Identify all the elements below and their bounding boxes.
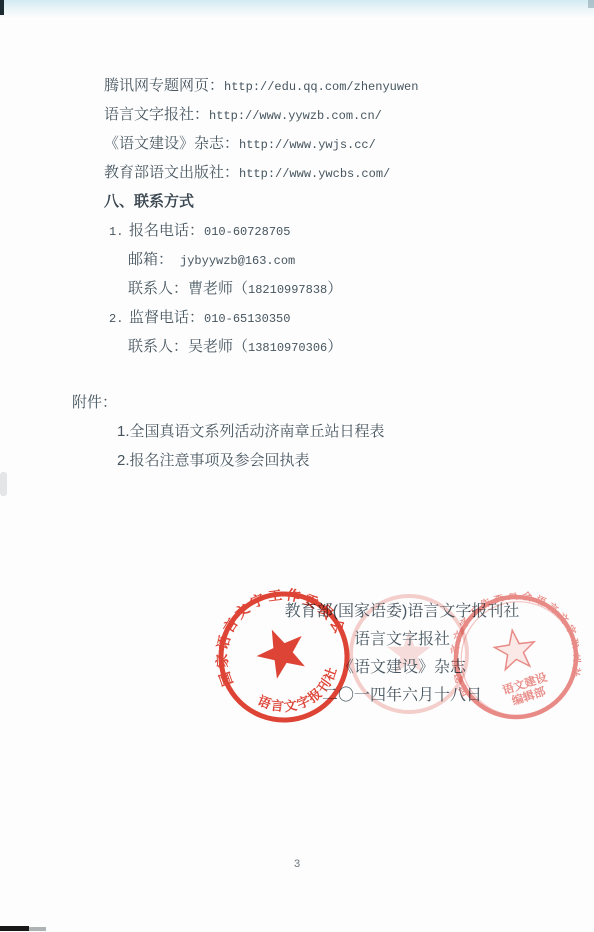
contact-label-suffix: ） [327,280,342,297]
website-label: 教育部语文出版社： [104,164,239,181]
email-address: jybyywzb@163.com [180,254,295,268]
contact-person-line: 联系人：曹老师（18210997838） [104,274,418,303]
scanned-document-page: 腾讯网专题网页：http://edu.qq.com/zhenyuwen 语言文字… [0,0,594,932]
attachments-heading: 附件： [72,388,385,417]
website-label: 《语文建设》杂志： [104,135,239,152]
phone-number: 13810970306 [248,341,327,355]
supervision-phone-line: 2.监督电话：010-65130350 [104,303,418,332]
scan-artifact-bottom-gray [29,927,46,931]
website-line-ywcbs: 教育部语文出版社：http://www.ywcbs.com/ [104,158,418,187]
attachment-item-2: 2.报名注意事项及参会回执表 [72,446,385,475]
contact-label: 联系人：曹老师（ [128,280,248,297]
list-number: 1. [108,218,129,247]
contact-email-line: 邮箱：jybyywzb@163.com [104,245,418,274]
website-url: http://www.ywjs.cc/ [239,138,376,152]
website-line-ywjs: 《语文建设》杂志：http://www.ywjs.cc/ [104,129,418,158]
website-url: http://edu.qq.com/zhenyuwen [224,80,418,94]
contact-label: 联系人：吴老师（ [128,338,248,355]
seal-center-text: 语文建设 编辑部 [501,670,554,710]
star-icon [249,620,313,683]
attachments-section: 附件： 1.全国真语文系列活动济南章丘站日程表 2.报名注意事项及参会回执表 [72,388,385,475]
contact-label: 邮箱： [128,251,173,268]
attachment-item-1: 1.全国真语文系列活动济南章丘站日程表 [72,417,385,446]
document-body: 腾讯网专题网页：http://edu.qq.com/zhenyuwen 语言文字… [104,71,418,361]
phone-number: 010-65130350 [204,312,290,326]
website-label: 腾讯网专题网页： [104,77,224,94]
list-number: 2. [108,305,129,334]
contact-label: 监督电话： [129,309,204,326]
contact-phone-line: 1.报名电话：010-60728705 [104,216,418,245]
scan-artifact-bottom-left [0,926,29,931]
contact-label-suffix: ） [327,338,342,355]
website-url: http://www.yywzb.com.cn/ [209,109,382,123]
official-seal-right: 国家语言文字工作委员会语言文字报刊社 语文建设 编辑部 [444,585,589,730]
scan-artifact-smudge [0,472,7,496]
website-label: 语言文字报社： [104,106,209,123]
contact-person-line: 联系人：吴老师（13810970306） [104,332,418,361]
scan-artifact-top-band [0,0,594,18]
contact-section-heading: 八、联系方式 [104,187,418,216]
phone-number: 18210997838 [248,283,327,297]
phone-number: 010-60728705 [204,225,290,239]
website-line-tencent: 腾讯网专题网页：http://edu.qq.com/zhenyuwen [104,71,418,100]
contact-label: 报名电话： [129,222,204,239]
star-outline-icon [492,627,537,670]
website-line-yywzb: 语言文字报社：http://www.yywzb.com.cn/ [104,100,418,129]
scan-artifact-top-left [0,0,4,15]
website-url: http://www.ywcbs.com/ [239,167,390,181]
seal-circle-icon: 国家语言文字工作委员会语言文字报刊社 语文建设 编辑部 [444,585,589,730]
scan-artifact-top-right [588,0,594,8]
page-number: 3 [0,859,594,871]
